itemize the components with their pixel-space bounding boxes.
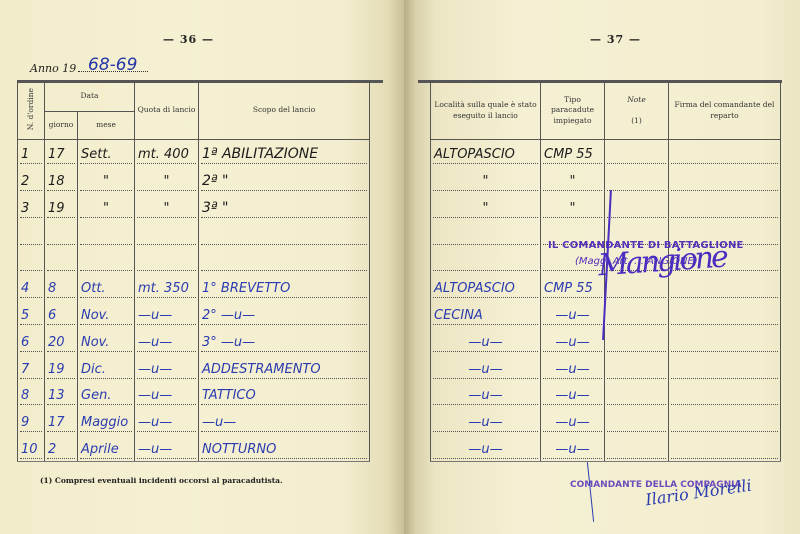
cell-n: 6 [18,327,45,354]
cell-tipo: CMP 55 [541,273,605,300]
cell-n-text: 5 [21,308,29,323]
cell-localita: —u— [431,327,541,354]
cell-n: 9 [18,407,45,434]
cell-tipo-text: —u— [541,335,604,350]
cell-tipo-text: CMP 55 [544,281,593,296]
cell-note [605,193,669,220]
cell-firma [669,407,781,434]
cell-mese-text: Sett. [81,147,112,162]
header-quota: Quota di lancio [135,82,199,140]
cell-giorno-text: 13 [48,388,65,403]
cell-quota: —u— [135,407,199,434]
cell-scopo-text: 3° —u— [202,335,255,350]
cell-mese [78,220,135,247]
cell-localita: " [431,193,541,220]
table-row: "" [431,166,781,193]
cell-tipo: " [541,166,605,193]
cell-note [605,381,669,408]
cell-tipo-text: —u— [541,442,604,457]
cell-giorno-text: 19 [48,362,65,377]
table-row: 117Sett.mt. 4001ª ABILITAZIONE [18,140,370,167]
cell-mese: Gen. [78,381,135,408]
cell-note [605,434,669,461]
page-number-right: — 37 — [590,33,641,46]
cell-n [18,247,45,274]
cell-scopo: 1° BREVETTO [199,273,370,300]
cell-scopo-text: ADDESTRAMENTO [202,362,321,377]
cell-mese: Ott. [78,273,135,300]
header-note-text: Note [627,95,646,104]
cell-mese: " [78,193,135,220]
cell-giorno [45,247,78,274]
cell-mese-text: Gen. [81,388,111,403]
header-localita: Località sulla quale è stato eseguito il… [431,82,541,140]
cell-n-text: 7 [21,362,29,377]
cell-n-text: 4 [21,281,29,296]
cell-n-text: 10 [21,442,38,457]
cell-quota: mt. 350 [135,273,199,300]
cell-localita-text: ALTOPASCIO [434,147,515,162]
cell-scopo-text: NOTTURNO [202,442,276,457]
table-row: ALTOPASCIOCMP 55 [431,140,781,167]
cell-tipo: —u— [541,327,605,354]
cell-mese-text: Aprile [81,442,119,457]
cell-localita: CECINA [431,300,541,327]
cell-tipo-text: " [541,174,604,189]
cell-quota-text: mt. 350 [138,281,189,296]
cell-mese [78,247,135,274]
table-row: 102Aprile—u—NOTTURNO [18,434,370,461]
cell-giorno [45,220,78,247]
cell-giorno: 8 [45,273,78,300]
cell-localita-text: —u— [431,362,540,377]
cell-n-text: 2 [21,174,29,189]
jump-log-table-left: N. d'ordine Data Quota di lancio Scopo d… [17,81,370,462]
cell-n [18,220,45,247]
cell-quota: mt. 400 [135,140,199,167]
cell-n: 2 [18,166,45,193]
cell-scopo: 3° —u— [199,327,370,354]
year-label-text: Anno 19 [30,62,76,75]
cell-tipo-text: —u— [541,308,604,323]
cell-quota-text: —u— [138,362,172,377]
cell-giorno: 17 [45,140,78,167]
table-row: —u——u— [431,407,781,434]
cell-localita-text: CECINA [434,308,483,323]
cell-giorno-text: 8 [48,281,56,296]
cell-n: 10 [18,434,45,461]
cell-n: 5 [18,300,45,327]
cell-quota-text: " [135,201,198,216]
header-note-ref: (1) [631,116,642,125]
cell-giorno: 19 [45,193,78,220]
footnote: (1) Compresi eventuali incidenti occorsi… [40,476,283,485]
cell-mese: " [78,166,135,193]
cell-note [605,300,669,327]
cell-mese: Nov. [78,300,135,327]
cell-tipo: —u— [541,381,605,408]
cell-note [605,354,669,381]
table-row: 719Dic.—u—ADDESTRAMENTO [18,354,370,381]
cell-giorno-text: 17 [48,147,65,162]
cell-mese-text: " [78,174,134,189]
cell-giorno: 2 [45,434,78,461]
cell-n: 4 [18,273,45,300]
table-row: "" [431,193,781,220]
table-row: 319""3ª " [18,193,370,220]
cell-tipo-text: CMP 55 [544,147,593,162]
cell-giorno-text: 2 [48,442,56,457]
cell-giorno: 13 [45,381,78,408]
cell-localita [431,247,541,274]
cell-scopo-text: 1ª ABILITAZIONE [202,146,318,162]
cell-giorno-text: 6 [48,308,56,323]
cell-firma [669,327,781,354]
cell-firma [669,166,781,193]
cell-scopo-text: 2ª " [202,173,228,189]
table-row: 813Gen.—u—TATTICO [18,381,370,408]
cell-quota-text: —u— [138,335,172,350]
cell-giorno: 20 [45,327,78,354]
cell-tipo-text: —u— [541,388,604,403]
cell-tipo: —u— [541,407,605,434]
cell-localita-text: —u— [431,388,540,403]
table-row: —u——u— [431,434,781,461]
cell-localita: ALTOPASCIO [431,273,541,300]
cell-scopo [199,220,370,247]
cell-quota-text: —u— [138,308,172,323]
cell-giorno-text: 20 [48,335,65,350]
cell-giorno: 6 [45,300,78,327]
header-n-ordine-text: N. d'ordine [26,88,36,130]
cell-n: 1 [18,140,45,167]
table-row: —u——u— [431,327,781,354]
cell-n: 7 [18,354,45,381]
cell-scopo-text: 3ª " [202,200,228,216]
cell-giorno: 19 [45,354,78,381]
cell-mese: Dic. [78,354,135,381]
cell-mese-text: Nov. [81,335,109,350]
cell-mese-text: Maggio [81,415,128,430]
cell-localita-text: " [431,174,540,189]
cell-scopo: 1ª ABILITAZIONE [199,140,370,167]
cell-mese-text: " [78,201,134,216]
cell-firma [669,354,781,381]
cell-giorno-text: 17 [48,415,65,430]
cell-note [605,327,669,354]
cell-mese: Aprile [78,434,135,461]
cell-quota: —u— [135,327,199,354]
header-scopo: Scopo del lancio [199,82,370,140]
cell-tipo: CMP 55 [541,140,605,167]
cell-scopo-text: —u— [202,415,236,430]
cell-quota: —u— [135,354,199,381]
cell-scopo [199,247,370,274]
cell-tipo-text: " [541,201,604,216]
cell-quota [135,247,199,274]
header-giorno: giorno [45,112,78,140]
cell-scopo-text: 1° BREVETTO [202,281,290,296]
page-number-left: — 36 — [163,33,214,46]
cell-localita: —u— [431,407,541,434]
cell-localita-text: —u— [431,415,540,430]
cell-scopo: ADDESTRAMENTO [199,354,370,381]
cell-tipo: —u— [541,300,605,327]
table-row: 218""2ª " [18,166,370,193]
cell-localita-text: " [431,201,540,216]
cell-quota-text: —u— [138,388,172,403]
cell-localita: " [431,166,541,193]
cell-mese-text: Nov. [81,308,109,323]
cell-mese-text: Dic. [81,362,106,377]
left-table-body: 117Sett.mt. 4001ª ABILITAZIONE218""2ª "3… [18,140,370,462]
cell-tipo-text: —u— [541,362,604,377]
cell-quota-text: " [135,174,198,189]
cell-giorno-text: 18 [48,174,65,189]
table-row: 48Ott.mt. 3501° BREVETTO [18,273,370,300]
cell-quota-text: —u— [138,442,172,457]
table-row: 620Nov.—u—3° —u— [18,327,370,354]
cell-mese-text: Ott. [81,281,106,296]
cell-quota: —u— [135,434,199,461]
cell-localita [431,220,541,247]
year-handwritten: 68-69 [88,55,137,75]
header-mese: mese [78,112,135,140]
header-n-ordine: N. d'ordine [18,82,45,140]
table-row [18,220,370,247]
cell-tipo-text: —u— [541,415,604,430]
header-note: Note(1) [605,82,669,140]
cell-scopo: 2° —u— [199,300,370,327]
table-row: 56Nov.—u—2° —u— [18,300,370,327]
table-row: —u——u— [431,354,781,381]
cell-scopo-text: 2° —u— [202,308,255,323]
cell-localita: —u— [431,354,541,381]
table-row: 917Maggio—u— —u— [18,407,370,434]
cell-quota: —u— [135,381,199,408]
cell-scopo-text: TATTICO [202,388,256,403]
cell-firma [669,300,781,327]
cell-scopo: 3ª " [199,193,370,220]
cell-n-text: 1 [21,147,29,162]
cell-tipo: —u— [541,354,605,381]
cell-scopo: NOTTURNO [199,434,370,461]
cell-giorno: 18 [45,166,78,193]
cell-note [605,166,669,193]
cell-quota [135,220,199,247]
cell-localita-text: —u— [431,442,540,457]
cell-scopo: 2ª " [199,166,370,193]
table-row [18,247,370,274]
cell-n: 3 [18,193,45,220]
cell-firma [669,140,781,167]
cell-firma [669,273,781,300]
cell-localita: —u— [431,434,541,461]
cell-note [605,407,669,434]
cell-quota: —u— [135,300,199,327]
cell-firma [669,193,781,220]
cell-giorno-text: 19 [48,201,65,216]
cell-n-text: 3 [21,201,29,216]
cell-n: 8 [18,381,45,408]
cell-mese: Maggio [78,407,135,434]
header-data: Data [45,82,135,112]
header-tipo: Tipo paracadute impiegato [541,82,605,140]
cell-localita-text: ALTOPASCIO [434,281,515,296]
cell-localita-text: —u— [431,335,540,350]
cell-n-text: 8 [21,388,29,403]
cell-n-text: 6 [21,335,29,350]
cell-quota: " [135,193,199,220]
cell-quota-text: mt. 400 [138,147,189,162]
cell-quota-text: —u— [138,415,172,430]
cell-n-text: 9 [21,415,29,430]
cell-giorno: 17 [45,407,78,434]
cell-tipo: " [541,193,605,220]
cell-tipo: —u— [541,434,605,461]
cell-firma [669,434,781,461]
cell-firma [669,381,781,408]
cell-note [605,140,669,167]
cell-quota: " [135,166,199,193]
cell-localita: —u— [431,381,541,408]
header-firma: Firma del comandante del reparto [669,82,781,140]
left-page: — 36 — Anno 19 68-69 N. d'ordine Data Qu… [0,0,404,534]
cell-mese: Nov. [78,327,135,354]
cell-scopo: —u— [199,407,370,434]
table-row: —u——u— [431,381,781,408]
cell-localita: ALTOPASCIO [431,140,541,167]
cell-mese: Sett. [78,140,135,167]
cell-scopo: TATTICO [199,381,370,408]
